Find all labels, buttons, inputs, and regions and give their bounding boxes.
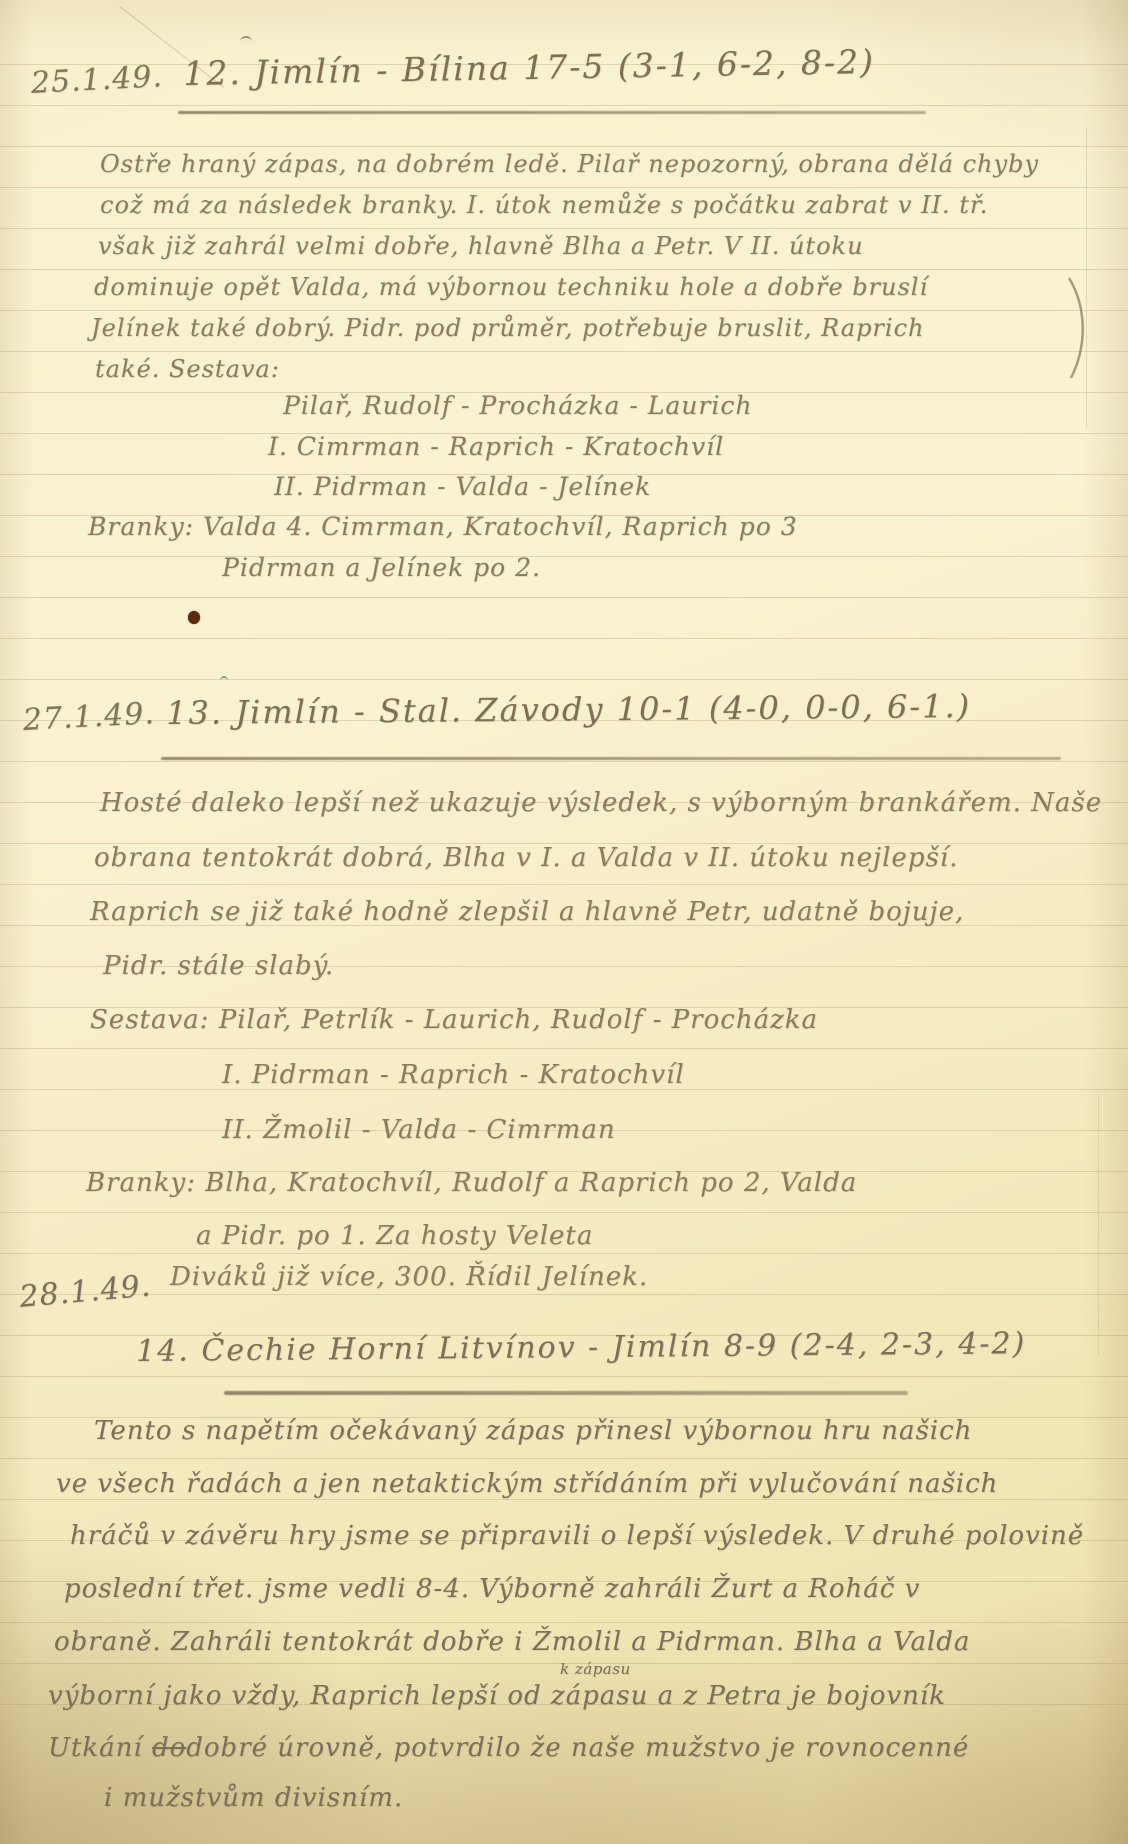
handwritten-line: ve všech řadách a jen netaktickým střídá… bbox=[56, 1469, 998, 1499]
match-heading: 14. Čechie Horní Litvínov - Jimlín 8-9 (… bbox=[136, 1326, 1026, 1369]
goals-line: Branky: Valda 4. Cimrman, Kratochvíl, Ra… bbox=[88, 512, 798, 541]
handwritten-line: Pidr. stále slabý. bbox=[103, 951, 334, 981]
match-heading: 13. Jimlín - Stal. Závody 10-1 (4-0, 0-0… bbox=[166, 687, 971, 732]
handwritten-line: poslední třet. jsme vedli 8-4. Výborně z… bbox=[64, 1574, 920, 1604]
handwritten-line: Sestava: Pilař, Petrlík - Laurich, Rudol… bbox=[90, 1005, 818, 1035]
handwritten-line: Ostře hraný zápas, na dobrém ledě. Pilař… bbox=[100, 150, 1039, 178]
handwritten-line: obraně. Zahráli tentokrát dobře i Žmolil… bbox=[54, 1627, 970, 1657]
handwritten-line: hráčů v závěru hry jsme se připravili o … bbox=[70, 1521, 1084, 1551]
handwritten-line: také. Sestava: bbox=[95, 355, 280, 383]
lineup-line: I. Pidrman - Raprich - Kratochvíl bbox=[222, 1060, 685, 1090]
inserted-word-above: k zápasu bbox=[560, 1660, 631, 1678]
handwritten-line: Raprich se již také hodně zlepšil a hlav… bbox=[90, 897, 964, 927]
match-heading: 12. Jimlín - Bílina 17-5 (3-1, 6-2, 8-2) bbox=[183, 42, 875, 93]
lineup-line: Pilař, Rudolf - Procházka - Laurich bbox=[283, 391, 752, 420]
handwritten-line: obrana tentokrát dobrá, Blha v I. a Vald… bbox=[94, 843, 958, 873]
heading-underline bbox=[224, 1391, 908, 1395]
goals-line: Pidrman a Jelínek po 2. bbox=[222, 553, 541, 582]
goals-line: Branky: Blha, Kratochvíl, Rudolf a Rapri… bbox=[86, 1168, 857, 1198]
handwritten-line: i mužstvům divisním. bbox=[104, 1783, 403, 1813]
crossed-out-word: do bbox=[152, 1733, 186, 1763]
handwritten-line: Tento s napětím očekávaný zápas přinesl … bbox=[94, 1416, 972, 1446]
crease-line bbox=[1098, 1095, 1099, 1355]
heading-underline bbox=[178, 111, 926, 114]
handwritten-line: Hosté daleko lepší než ukazuje výsledek,… bbox=[100, 788, 1102, 818]
attendance-line: Diváků již více, 300. Řídil Jelínek. bbox=[170, 1262, 648, 1292]
line-text: Utkání bbox=[48, 1733, 152, 1763]
goals-line: a Pidr. po 1. Za hosty Veleta bbox=[196, 1221, 593, 1251]
insertion-mark bbox=[240, 36, 252, 47]
lineup-line: II. Pidrman - Valda - Jelínek bbox=[274, 472, 651, 501]
entry-date: 27.1.49. bbox=[22, 696, 156, 738]
entry-date: 28.1.49. bbox=[18, 1268, 153, 1314]
entry-date: 25.1.49. bbox=[30, 59, 164, 101]
notebook-page: 25.1.49. 12. Jimlín - Bílina 17-5 (3-1, … bbox=[0, 0, 1128, 1844]
lineup-line: II. Žmolil - Valda - Cimrman bbox=[222, 1115, 616, 1145]
handwritten-line: však již zahrál velmi dobře, hlavně Blha… bbox=[98, 232, 864, 260]
handwritten-line: Utkání dodobré úrovně, potvrdilo že naše… bbox=[48, 1733, 969, 1763]
lineup-line: I. Cimrman - Raprich - Kratochvíl bbox=[268, 432, 724, 461]
line-text: dobré úrovně, potvrdilo že naše mužstvo … bbox=[186, 1733, 969, 1763]
handwritten-line: Jelínek také dobrý. Pidr. pod průměr, po… bbox=[91, 314, 924, 342]
heading-underline bbox=[161, 757, 1061, 760]
handwritten-line: což má za následek branky. I. útok nemůž… bbox=[100, 191, 988, 219]
insertion-mark bbox=[220, 676, 228, 687]
handwritten-line: výborní jako vždy, Raprich lepší od zápa… bbox=[48, 1681, 946, 1711]
stray-pen-stroke bbox=[1066, 276, 1092, 380]
handwritten-line: dominuje opět Valda, má výbornou technik… bbox=[94, 273, 928, 301]
ink-blot bbox=[188, 611, 200, 624]
